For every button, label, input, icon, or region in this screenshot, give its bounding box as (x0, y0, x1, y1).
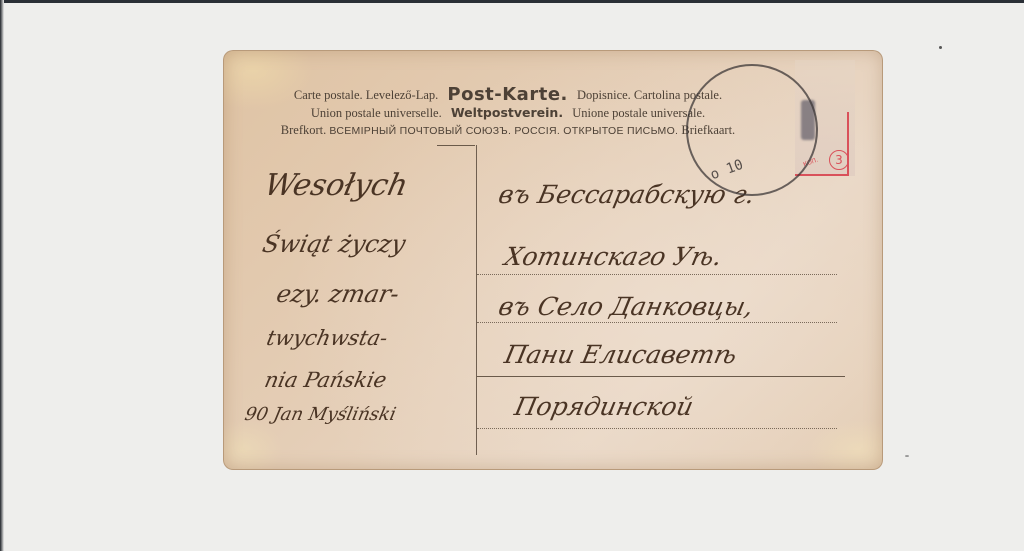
header-cyrillic-text: ВСЕМIРНЫЙ ПОЧТОВЫЙ СОЮЗЪ. РОССIЯ. ОТКРЫТ… (329, 125, 678, 137)
divider-top-rule (437, 145, 475, 146)
message-line-2: Świąt życzy (260, 230, 408, 258)
header-languages-left-1: Carte postale. Levelező-Lap. (294, 88, 438, 102)
address-line-5: Порядинской (512, 392, 696, 421)
signature: 90 Jan Myśliński (243, 404, 398, 425)
scanner-edge-top (0, 0, 1024, 3)
message-line-1: Wesołych (261, 168, 411, 203)
stamp-value: 3 (829, 150, 849, 170)
postmark-circle: о 10 (686, 64, 818, 196)
message-line-4: twychwsta- (264, 326, 389, 350)
dust-speck (939, 46, 942, 49)
header-languages-right-2: Unione postale universale. (572, 106, 705, 120)
message-line-3: ezy. zmar- (274, 280, 402, 308)
message-line-5: nia Pańskie (262, 368, 388, 392)
header-title-weltpostverein: Weltpostverein. (445, 105, 569, 120)
address-line-3: въ Село Данковцы, (496, 292, 756, 321)
postcard: Carte postale. Levelező-Lap. Post-Karte.… (223, 50, 883, 470)
divider-vertical (476, 145, 477, 455)
address-line-2: Хотинскаго Уѣ. (502, 242, 725, 271)
address-line-4: Пани Елисаветѣ (502, 340, 740, 369)
header-languages-left-3: Brefkort. (281, 123, 326, 137)
address-line (477, 274, 837, 275)
address-line (477, 322, 837, 323)
address-line (477, 428, 837, 429)
address-line (477, 376, 845, 377)
postmark-fragment: о 10 (708, 157, 745, 184)
header-languages-left-2: Union postale universelle. (311, 106, 442, 120)
dust-speck (905, 455, 909, 457)
scanner-edge-left (0, 0, 4, 551)
header-title-post-karte: Post-Karte. (441, 84, 573, 105)
